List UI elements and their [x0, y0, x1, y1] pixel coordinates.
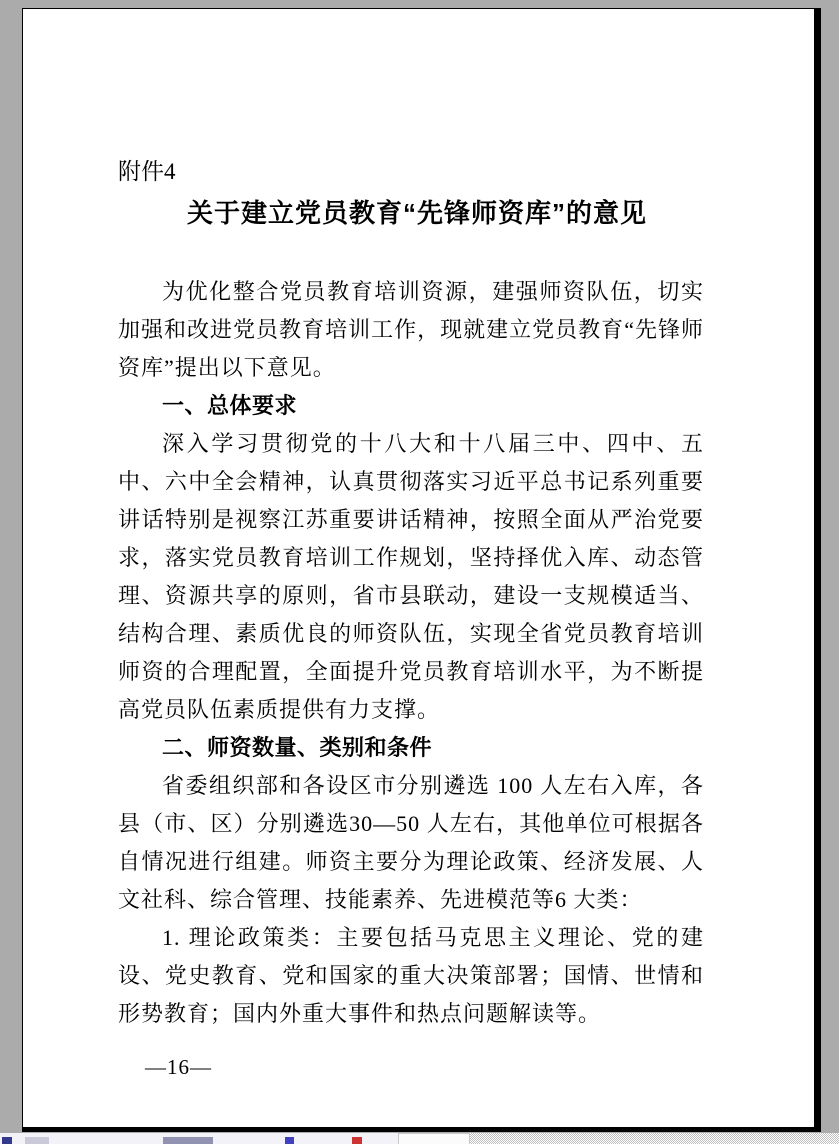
taskbar-icon-4[interactable]	[285, 1137, 294, 1144]
page-number: —16—	[145, 1055, 212, 1080]
body-paragraph: 1. 理论政策类：主要包括马克思主义理论、党的建设、党史教育、党和国家的重大决策…	[118, 919, 704, 1033]
document-title: 关于建立党员教育“先锋师资库”的意见	[130, 197, 704, 229]
document-page: 附件4 关于建立党员教育“先锋师资库”的意见 为优化整合党员教育培训资源，建强师…	[22, 8, 821, 1132]
taskbar-strip	[0, 1133, 839, 1144]
taskbar-icons-area	[0, 1133, 398, 1144]
body-paragraph: 为优化整合党员教育培训资源，建强师资队伍，切实加强和改进党员教育培训工作，现就建…	[118, 273, 704, 387]
body-paragraph: 省委组织部和各设区市分别遴选 100 人左右入库，各县（市、区）分别遴选30—5…	[118, 767, 704, 919]
taskbar-icon-5[interactable]	[352, 1137, 362, 1144]
page-content: 附件4 关于建立党员教育“先锋师资库”的意见 为优化整合党员教育培训资源，建强师…	[23, 9, 814, 1033]
body-paragraph: 深入学习贯彻党的十八大和十八届三中、四中、五中、六中全会精神，认真贯彻落实习近平…	[118, 425, 704, 729]
attachment-label: 附件4	[118, 159, 704, 185]
taskbar-window-fragment[interactable]	[398, 1133, 470, 1144]
taskbar-icon-3[interactable]	[163, 1137, 213, 1144]
taskbar-icon-2[interactable]	[25, 1137, 49, 1144]
taskbar-icon-1[interactable]	[2, 1137, 12, 1144]
section-heading: 一、总体要求	[118, 387, 704, 425]
document-body: 为优化整合党员教育培训资源，建强师资队伍，切实加强和改进党员教育培训工作，现就建…	[118, 273, 704, 1033]
section-heading: 二、师资数量、类别和条件	[118, 729, 704, 767]
taskbar-dither-pattern	[470, 1133, 839, 1144]
